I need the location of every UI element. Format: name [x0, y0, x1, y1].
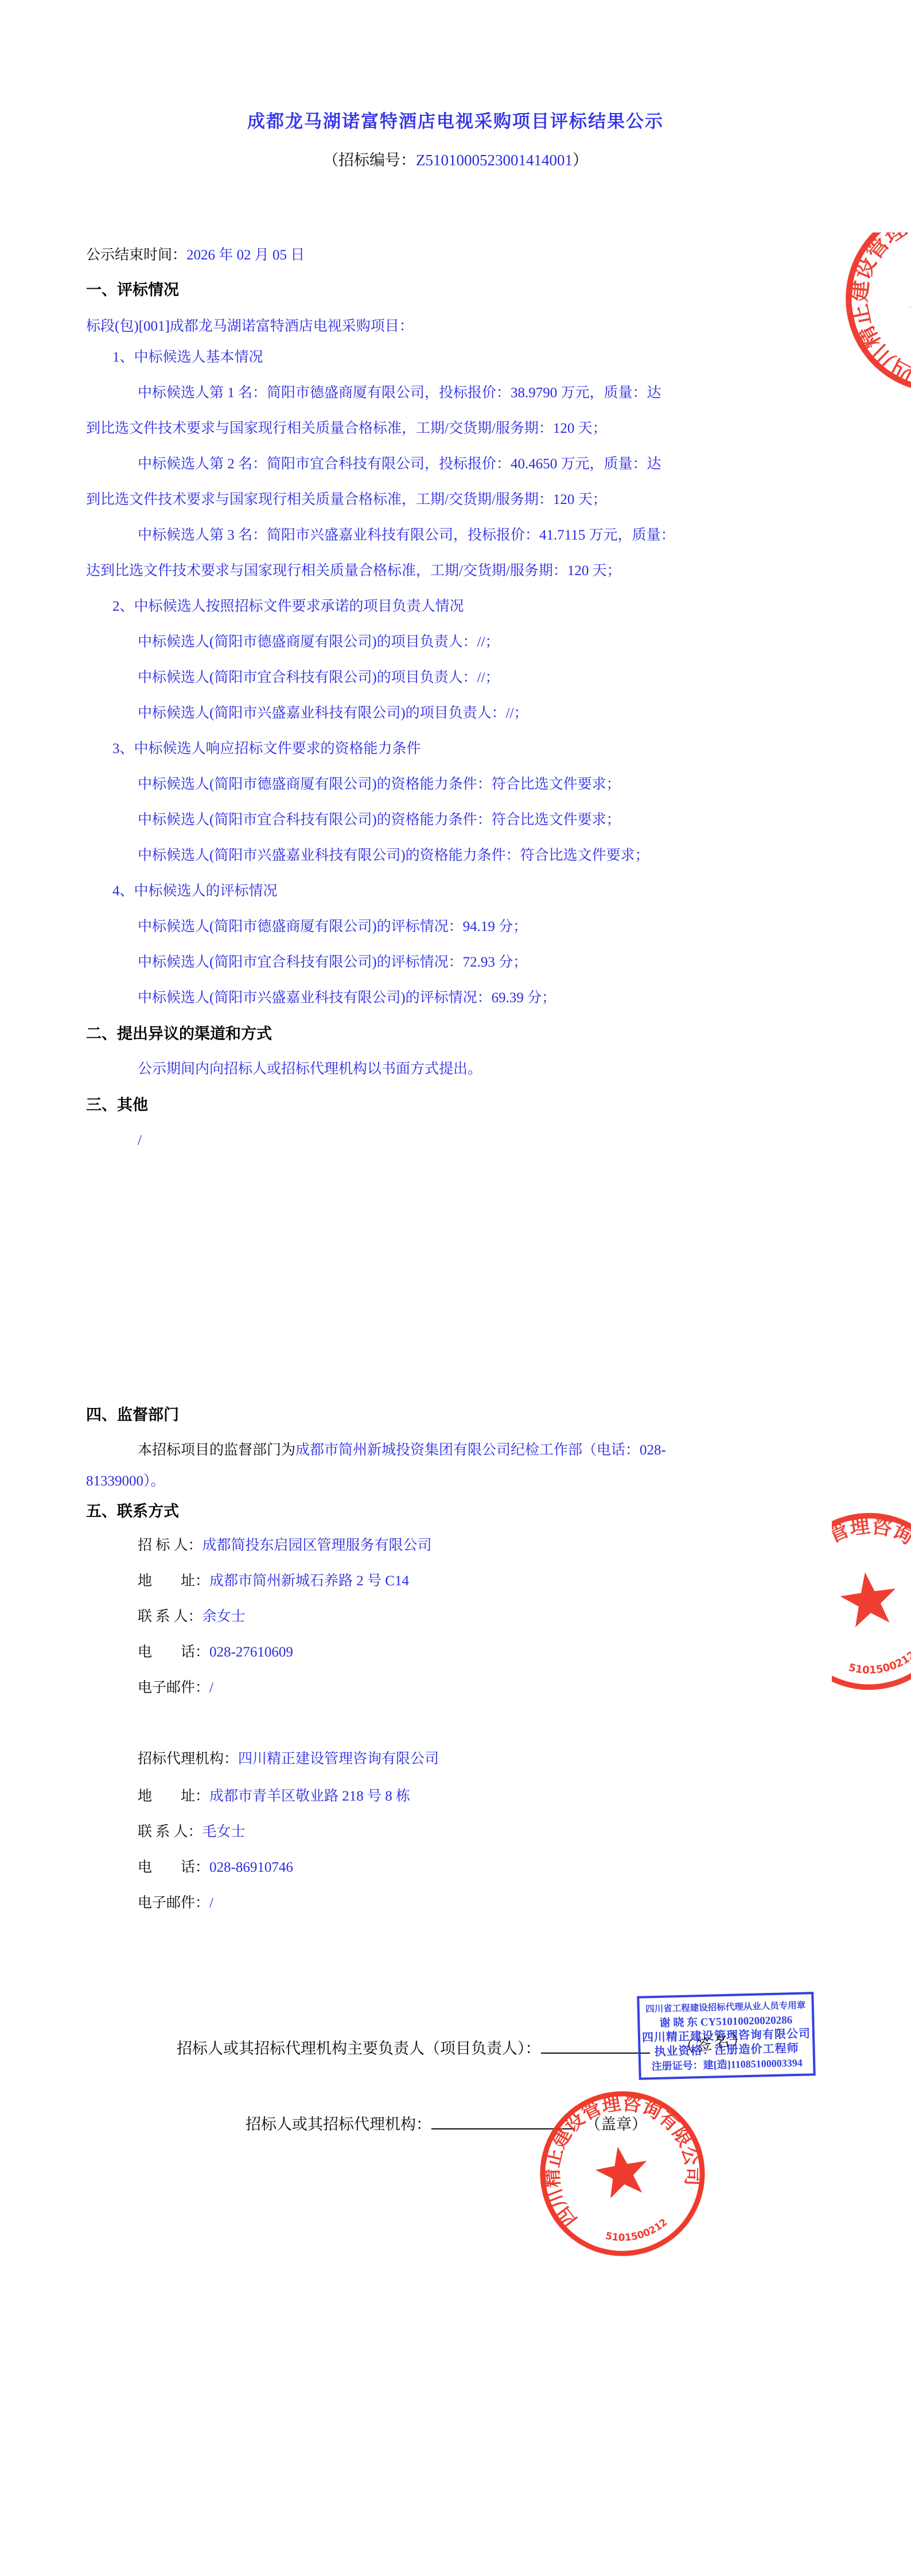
agency-address-label: 地 址： [138, 1789, 209, 1804]
agency-email-value: / [209, 1895, 213, 1911]
section2-body: 公示期间内向招标人或招标代理机构以书面方式提出。 [138, 1062, 482, 1076]
seal-star-icon [592, 2142, 652, 2200]
tenderer-email-row: 电子邮件：/ [138, 1681, 213, 1695]
page-title: 成都龙马湖诺富特酒店电视采购项目评标结果公示 [0, 112, 911, 130]
seal-star-icon [897, 256, 911, 336]
agency-phone-row: 电 话：028-86910746 [138, 1860, 293, 1875]
principal-signature-line: 招标人或其招标代理机构主要负责人（项目负责人）： [177, 2039, 650, 2057]
tender-number: Z5101000523001414001 [416, 152, 573, 169]
agency-email-row: 电子邮件：/ [138, 1896, 213, 1910]
supervision-prefix: 本招标项目的监督部门为 [138, 1442, 295, 1458]
tenderer-address-row: 地 址：成都市简州新城石养路 2 号 C14 [138, 1574, 409, 1588]
sub-item-1: 1、中标候选人基本情况 [112, 350, 263, 364]
middle-right-partial-seal: 四川精正建设管理咨询有限公司 5101500212925 [832, 1510, 911, 1696]
principal-signature-underline [541, 2039, 650, 2054]
seal-star-icon [838, 1569, 900, 1629]
tenderer-phone-label: 电 话： [138, 1644, 209, 1660]
middle-right-seal-graphic: 四川精正建设管理咨询有限公司 5101500212925 [832, 1510, 911, 1696]
candidate3-line2: 达到比选文件技术要求与国家现行相关质量合格标准，工期/交货期/服务期：120 天… [86, 564, 621, 578]
seal-company-name: 四川精正建设管理咨询有限公司 [825, 232, 911, 394]
candidate1-line1: 中标候选人第 1 名：简阳市德盛商厦有限公司，投标报价：38.9790 万元，质… [138, 386, 661, 400]
agency-name-label: 招标代理机构： [138, 1751, 238, 1767]
tenderer-name-value: 成都简投东启园区管理服务有限公司 [203, 1538, 432, 1553]
agency-phone-value: 028-86910746 [209, 1860, 293, 1875]
candidate2-line2: 到比选文件技术要求与国家现行相关质量合格标准，工期/交货期/服务期：120 天； [86, 492, 607, 507]
manager-row-2: 中标候选人(简阳市宜合科技有限公司)的项目负责人：//； [138, 670, 500, 685]
tenderer-phone-row: 电 话：028-27610609 [138, 1645, 293, 1659]
tender-number-prefix: （招标编号： [323, 152, 416, 169]
org-seal-label: 招标人或其招标代理机构： [246, 2116, 431, 2133]
section3-heading: 三、其他 [86, 1097, 148, 1113]
candidate2-line1: 中标候选人第 2 名：简阳市宜合科技有限公司，投标报价：40.4650 万元，质… [138, 457, 661, 471]
tenderer-address-value: 成都市简州新城石养路 2 号 C14 [209, 1573, 409, 1589]
section3-body: / [138, 1133, 142, 1147]
score-row-2: 中标候选人(简阳市宜合科技有限公司)的评标情况：72.93 分； [138, 955, 527, 969]
agent-stamp-line5: 注册证号：建[造]11085100003394 [651, 2055, 803, 2073]
company-round-seal: 四川精正建设管理咨询有限公司 5101500212925 [523, 2074, 721, 2272]
agency-contact-label: 联 系 人： [138, 1824, 203, 1840]
publicity-end-value: 2026 年 02 月 05 日 [186, 247, 305, 263]
agency-address-value: 成都市青羊区敬业路 218 号 8 栋 [209, 1789, 410, 1804]
bid-package-line: 标段(包)[001]成都龙马湖诺富特酒店电视采购项目： [86, 319, 414, 333]
section2-heading: 二、提出异议的渠道和方式 [86, 1026, 272, 1042]
tenderer-email-value: / [209, 1680, 213, 1696]
candidate3-line1: 中标候选人第 3 名：简阳市兴盛嘉业科技有限公司，投标报价：41.7115 万元… [138, 528, 675, 542]
score-row-1: 中标候选人(简阳市德盛商厦有限公司)的评标情况：94.19 分； [138, 920, 527, 934]
principal-signature-label: 招标人或其招标代理机构主要负责人（项目负责人）： [177, 2040, 541, 2057]
manager-row-1: 中标候选人(简阳市德盛商厦有限公司)的项目负责人：//； [138, 635, 500, 649]
tenderer-phone-value: 028-27610609 [209, 1644, 293, 1660]
tenderer-contact-row: 联 系 人：余女士 [138, 1609, 246, 1624]
agency-contact-row: 联 系 人：毛女士 [138, 1825, 246, 1839]
tenderer-email-label: 电子邮件： [138, 1680, 209, 1696]
sub-item-3: 3、中标候选人响应招标文件要求的资格能力条件 [112, 742, 421, 756]
sub-item-4: 4、中标候选人的评标情况 [112, 884, 278, 898]
tenderer-name-row: 招 标 人：成都简投东启园区管理服务有限公司 [138, 1538, 432, 1553]
qualification-row-2: 中标候选人(简阳市宜合科技有限公司)的资格能力条件：符合比选文件要求； [138, 813, 621, 827]
agency-name-value: 四川精正建设管理咨询有限公司 [238, 1751, 439, 1767]
supervision-line1: 本招标项目的监督部门为成都市简州新城投资集团有限公司纪检工作部（电话：028- [138, 1443, 666, 1457]
section1-heading: 一、评标情况 [86, 282, 179, 298]
tender-number-suffix: ） [573, 152, 588, 169]
supervision-dept: 成都市简州新城投资集团有限公司纪检工作部（电话：028- [295, 1442, 666, 1458]
agency-address-row: 地 址：成都市青羊区敬业路 218 号 8 栋 [138, 1789, 410, 1803]
qualification-row-3: 中标候选人(简阳市兴盛嘉业科技有限公司)的资格能力条件：符合比选文件要求； [138, 848, 649, 863]
score-row-3: 中标候选人(简阳市兴盛嘉业科技有限公司)的评标情况：69.39 分； [138, 991, 556, 1005]
svg-text:四川精正建设管理咨询有限公司: 四川精正建设管理咨询有限公司 [825, 232, 911, 394]
announcement-document: 成都龙马湖诺富特酒店电视采购项目评标结果公示 （招标编号：Z5101000523… [0, 0, 911, 2576]
tenderer-contact-value: 余女士 [203, 1609, 246, 1624]
section5-heading: 五、联系方式 [86, 1504, 179, 1519]
tenderer-address-label: 地 址： [138, 1573, 209, 1589]
sub-item-2: 2、中标候选人按照招标文件要求承诺的项目负责人情况 [112, 599, 464, 614]
tenderer-contact-label: 联 系 人： [138, 1609, 203, 1624]
publicity-end-line: 公示结束时间：2026 年 02 月 05 日 [86, 248, 305, 262]
top-right-seal-graphic: 四川精正建设管理咨询有限公司 5101500212925 [825, 232, 911, 408]
qualification-row-1: 中标候选人(简阳市德盛商厦有限公司)的资格能力条件：符合比选文件要求； [138, 777, 621, 792]
candidate1-line2: 到比选文件技术要求与国家现行相关质量合格标准，工期/交货期/服务期：120 天； [86, 421, 607, 436]
agency-name-row: 招标代理机构：四川精正建设管理咨询有限公司 [138, 1752, 439, 1766]
agency-phone-label: 电 话： [138, 1860, 209, 1875]
agency-email-label: 电子邮件： [138, 1895, 209, 1911]
section4-heading: 四、监督部门 [86, 1407, 179, 1423]
publicity-end-label: 公示结束时间： [86, 247, 186, 263]
tenderer-name-label: 招 标 人： [138, 1538, 203, 1553]
agency-contact-value: 毛女士 [203, 1824, 246, 1840]
top-right-partial-seal: 四川精正建设管理咨询有限公司 5101500212925 [825, 232, 911, 408]
supervision-line2: 81339000）。 [86, 1474, 165, 1488]
manager-row-3: 中标候选人(简阳市兴盛嘉业科技有限公司)的项目负责人：//； [138, 706, 528, 720]
tender-number-line: （招标编号：Z5101000523001414001） [0, 153, 911, 168]
